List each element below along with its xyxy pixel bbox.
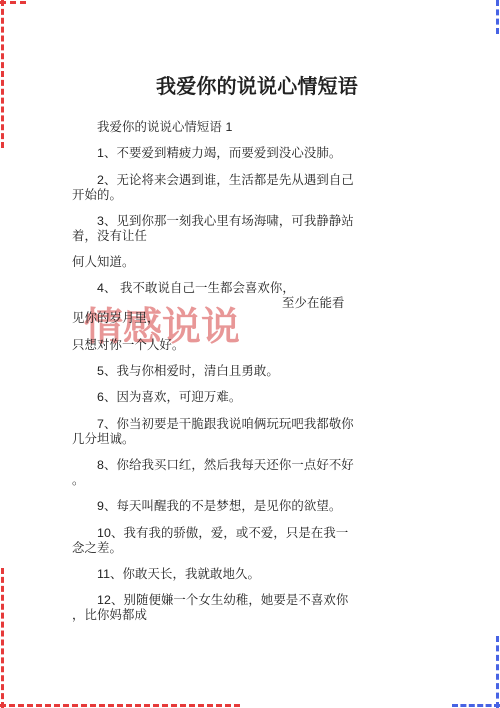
paragraph: 5、我与你相爱时，清白且勇敢。 bbox=[72, 364, 442, 379]
document-content: 我爱你的说说心情短语 我爱你的说说心情短语 11、不要爱到精疲力竭，而要爱到没心… bbox=[0, 0, 500, 623]
text-line: 着，没有让任 bbox=[72, 229, 442, 244]
paragraph: 10、我有我的骄傲，爱，或不爱，只是在我一念之差。 bbox=[72, 526, 442, 556]
paragraphs: 我爱你的说说心情短语 11、不要爱到精疲力竭，而要爱到没心没肺。2、无论将来会遇… bbox=[72, 120, 442, 623]
text-line: 1、不要爱到精疲力竭，而要爱到没心没肺。 bbox=[72, 146, 442, 161]
text-line: 7、你当初要是干脆跟我说咱俩玩玩吧我都敬你 bbox=[72, 417, 442, 432]
text-line: 念之差。 bbox=[72, 541, 442, 556]
text-line: 11、你敢天长，我就敢地久。 bbox=[72, 567, 442, 582]
paragraph: 6、因为喜欢，可迎万难。 bbox=[72, 390, 442, 405]
paragraph: 2、无论将来会遇到谁，生活都是先从遇到自己开始的。 bbox=[72, 173, 442, 203]
text-line: 何人知道。 bbox=[72, 255, 442, 270]
text-line: 几分坦诚。 bbox=[72, 432, 442, 447]
paragraph: 我爱你的说说心情短语 1 bbox=[72, 120, 442, 135]
text-line: 至少在能看 bbox=[72, 296, 442, 311]
paragraph: 9、每天叫醒我的不是梦想，是见你的欲望。 bbox=[72, 499, 442, 514]
text-line: 10、我有我的骄傲，爱，或不爱，只是在我一 bbox=[72, 526, 442, 541]
deco-dash-right-bottom-blue bbox=[496, 636, 499, 708]
deco-dash-bottom-right-blue bbox=[452, 704, 500, 707]
text-line: 3、见到你那一刻我心里有场海啸，可我静静站 bbox=[72, 214, 442, 229]
deco-dash-bottom-left-red bbox=[0, 704, 240, 707]
text-line: 开始的。 bbox=[72, 188, 442, 203]
text-line: 5、我与你相爱时，清白且勇敢。 bbox=[72, 364, 442, 379]
paragraph: 11、你敢天长，我就敢地久。 bbox=[72, 567, 442, 582]
text-line: 8、你给我买口红，然后我每天还你一点好不好 bbox=[72, 458, 442, 473]
paragraph: 12、别随便嫌一个女生幼稚，她要是不喜欢你，比你妈都成 bbox=[72, 593, 442, 623]
text-line: 12、别随便嫌一个女生幼稚，她要是不喜欢你 bbox=[72, 593, 442, 608]
text-line: 见你的岁月里， bbox=[72, 311, 442, 326]
text-line: 2、无论将来会遇到谁，生活都是先从遇到自己 bbox=[72, 173, 442, 188]
text-line: 9、每天叫醒我的不是梦想，是见你的欲望。 bbox=[72, 499, 442, 514]
text-line: 我爱你的说说心情短语 1 bbox=[72, 120, 442, 135]
paragraph: 1、不要爱到精疲力竭，而要爱到没心没肺。 bbox=[72, 146, 442, 161]
paragraph: 只想对你一个人好。 bbox=[72, 338, 442, 353]
text-line: 。 bbox=[72, 473, 442, 488]
text-line: 4、 我不敢说自己一生都会喜欢你， bbox=[72, 281, 442, 296]
paragraph: 8、你给我买口红，然后我每天还你一点好不好。 bbox=[72, 458, 442, 488]
text-line: ，比你妈都成 bbox=[72, 608, 442, 623]
document-page: 情感说说 我爱你的说说心情短语 我爱你的说说心情短语 11、不要爱到精疲力竭，而… bbox=[0, 0, 500, 708]
text-line: 6、因为喜欢，可迎万难。 bbox=[72, 390, 442, 405]
paragraph: 7、你当初要是干脆跟我说咱俩玩玩吧我都敬你几分坦诚。 bbox=[72, 417, 442, 447]
paragraph: 3、见到你那一刻我心里有场海啸，可我静静站着，没有让任 bbox=[72, 214, 442, 244]
paragraph: 何人知道。 bbox=[72, 255, 442, 270]
paragraph: 4、 我不敢说自己一生都会喜欢你，至少在能看见你的岁月里， bbox=[72, 281, 442, 326]
text-line: 只想对你一个人好。 bbox=[72, 338, 442, 353]
page-title: 我爱你的说说心情短语 bbox=[72, 74, 442, 100]
